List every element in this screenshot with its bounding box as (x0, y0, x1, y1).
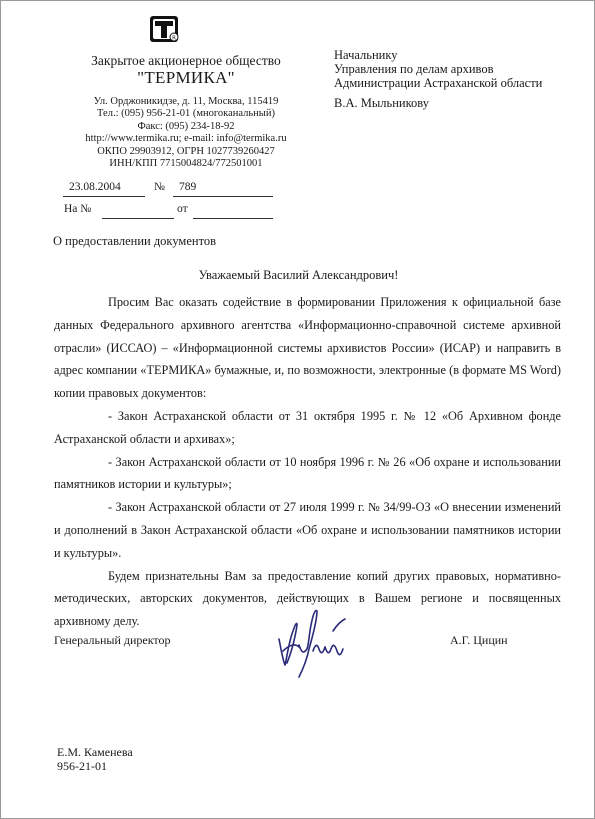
contact-inn-kpp: ИНН/КПП 7715004824/772501001 (61, 158, 311, 170)
contact-address: Ул. Орджоникидзе, д. 11, Москва, 115419 (61, 96, 311, 108)
addressee-person: В.А. Мыльникову (334, 96, 542, 110)
outgoing-date: 23.08.2004 (69, 181, 121, 193)
contact-web-email: http://www.termika.ru; e-mail: info@term… (61, 133, 311, 145)
signer-title: Генеральный директор (54, 633, 171, 648)
letter-subject: О предоставлении документов (53, 234, 216, 249)
number-label: № (154, 181, 165, 193)
company-name: "ТЕРМИКА" (61, 69, 311, 87)
contact-phone: Тел.: (095) 956-21-01 (многоканальный) (61, 108, 311, 120)
ref-number-label: На № (64, 203, 91, 215)
executor-block: Е.М. Каменева 956-21-01 (57, 745, 133, 773)
contact-fax: Факс: (095) 234-18-92 (61, 121, 311, 133)
svg-text:R: R (172, 35, 176, 41)
executor-name: Е.М. Каменева (57, 745, 133, 759)
letter-page: R Закрытое акционерное общество "ТЕРМИКА… (0, 0, 595, 819)
body-list-item-law-1: - Закон Астраханской области от 31 октяб… (54, 405, 561, 451)
executor-phone: 956-21-01 (57, 759, 133, 773)
ref-number-underline (102, 204, 174, 219)
ref-from-underline (193, 204, 273, 219)
letter-greeting: Уважаемый Василий Александрович! (1, 268, 595, 283)
company-contacts: Ул. Орджоникидзе, д. 11, Москва, 115419 … (61, 96, 311, 170)
termika-t-logo-icon: R (149, 15, 183, 45)
handwritten-signature-icon (273, 605, 355, 679)
letter-body: Просим Вас оказать содействие в формиров… (54, 291, 561, 633)
contact-okpo-ogrn: ОКПО 29903912, ОГРН 1027739260427 (61, 146, 311, 158)
outgoing-number: 789 (179, 181, 196, 193)
addressee-block: Начальнику Управления по делам архивов А… (334, 48, 542, 110)
addressee-line: Начальнику (334, 48, 542, 62)
body-paragraph-request: Просим Вас оказать содействие в формиров… (54, 291, 561, 405)
company-type: Закрытое акционерное общество (61, 53, 311, 69)
body-list-item-law-3: - Закон Астраханской области от 27 июля … (54, 496, 561, 564)
company-block: Закрытое акционерное общество "ТЕРМИКА" (61, 53, 311, 87)
addressee-line: Управления по делам архивов (334, 62, 542, 76)
signer-name: А.Г. Цицин (450, 633, 508, 648)
addressee-line: Администрации Астраханской области (334, 76, 542, 90)
ref-from-label: от (177, 203, 188, 215)
body-list-item-law-2: - Закон Астраханской области от 10 ноябр… (54, 451, 561, 497)
